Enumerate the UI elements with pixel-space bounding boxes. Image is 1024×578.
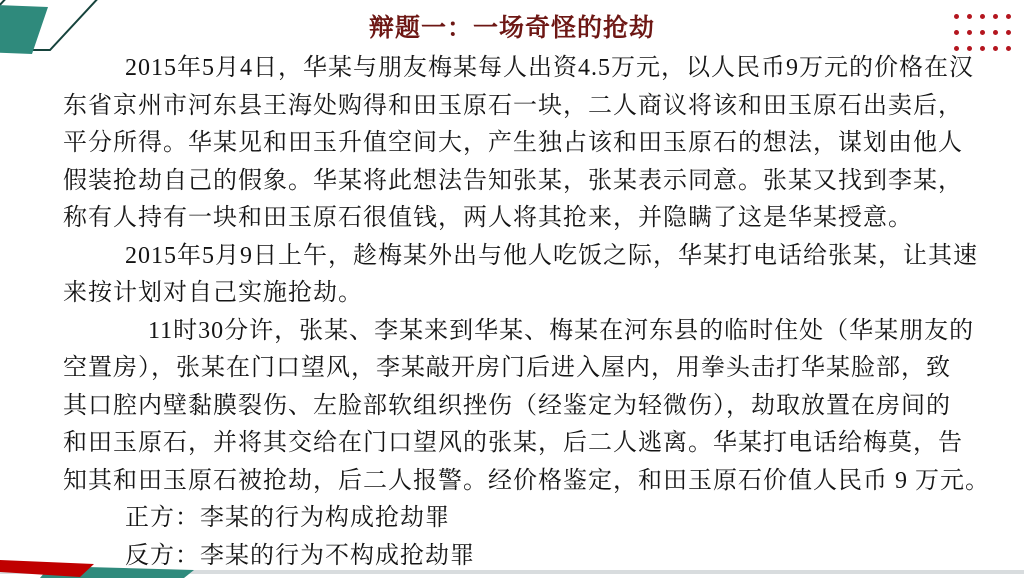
slide-title: 辩题一：一场奇怪的抢劫 (0, 8, 1024, 44)
text-line: 和田玉原石，并将其交给在门口望风的张某，后二人逃离。华某打电话给梅莫，告 (63, 425, 968, 463)
text-line: 平分所得。华某见和田玉升值空间大，产生独占该和田玉原石的想法，谋划由他人 (63, 125, 968, 163)
red-ribbon-shape (0, 560, 94, 577)
text-line: 称有人持有一块和田玉原石很值钱，两人将其抢来，并隐瞒了这是华某授意。 (63, 200, 968, 238)
presentation-slide: 辩题一：一场奇怪的抢劫 2015年5月4日，华某与朋友梅某每人出资4.5万元，以… (0, 0, 1024, 578)
text-line: 知其和田玉原石被抢劫，后二人报警。经价格鉴定，和田玉原石价值人民币 9 万元。 (63, 463, 968, 501)
text-line: 假装抢劫自己的假象。华某将此想法告知张某，张某表示同意。张某又找到李某， (63, 163, 968, 201)
dot-icon (980, 46, 985, 51)
text-line: 其口腔内壁黏膜裂伤、左脸部软组织挫伤（经鉴定为轻微伤），劫取放置在房间的 (63, 388, 968, 426)
text-line: 来按计划对自己实施抢劫。 (63, 275, 968, 313)
dot-icon (1006, 46, 1011, 51)
text-line: 11时30分许，张某、李某来到华某、梅某在河东县的临时住处（华某朋友的 (63, 313, 968, 351)
text-line: 正方：李某的行为构成抢劫罪 (63, 500, 968, 538)
text-line: 空置房），张某在门口望风，李某敲开房门后进入屋内，用拳头击打华某脸部，致 (63, 350, 968, 388)
body-text-block: 2015年5月4日，华某与朋友梅某每人出资4.5万元，以人民币9万元的价格在汉东… (63, 50, 968, 575)
text-line: 东省京州市河东县王海处购得和田玉原石一块，二人商议将该和田玉原石出卖后， (63, 88, 968, 126)
dot-icon (993, 46, 998, 51)
text-line: 2015年5月9日上午，趁梅某外出与他人吃饭之际，华某打电话给张某，让其速 (63, 238, 968, 276)
text-line: 2015年5月4日，华某与朋友梅某每人出资4.5万元，以人民币9万元的价格在汉 (63, 50, 968, 88)
corner-decoration-bottomleft (0, 560, 200, 578)
